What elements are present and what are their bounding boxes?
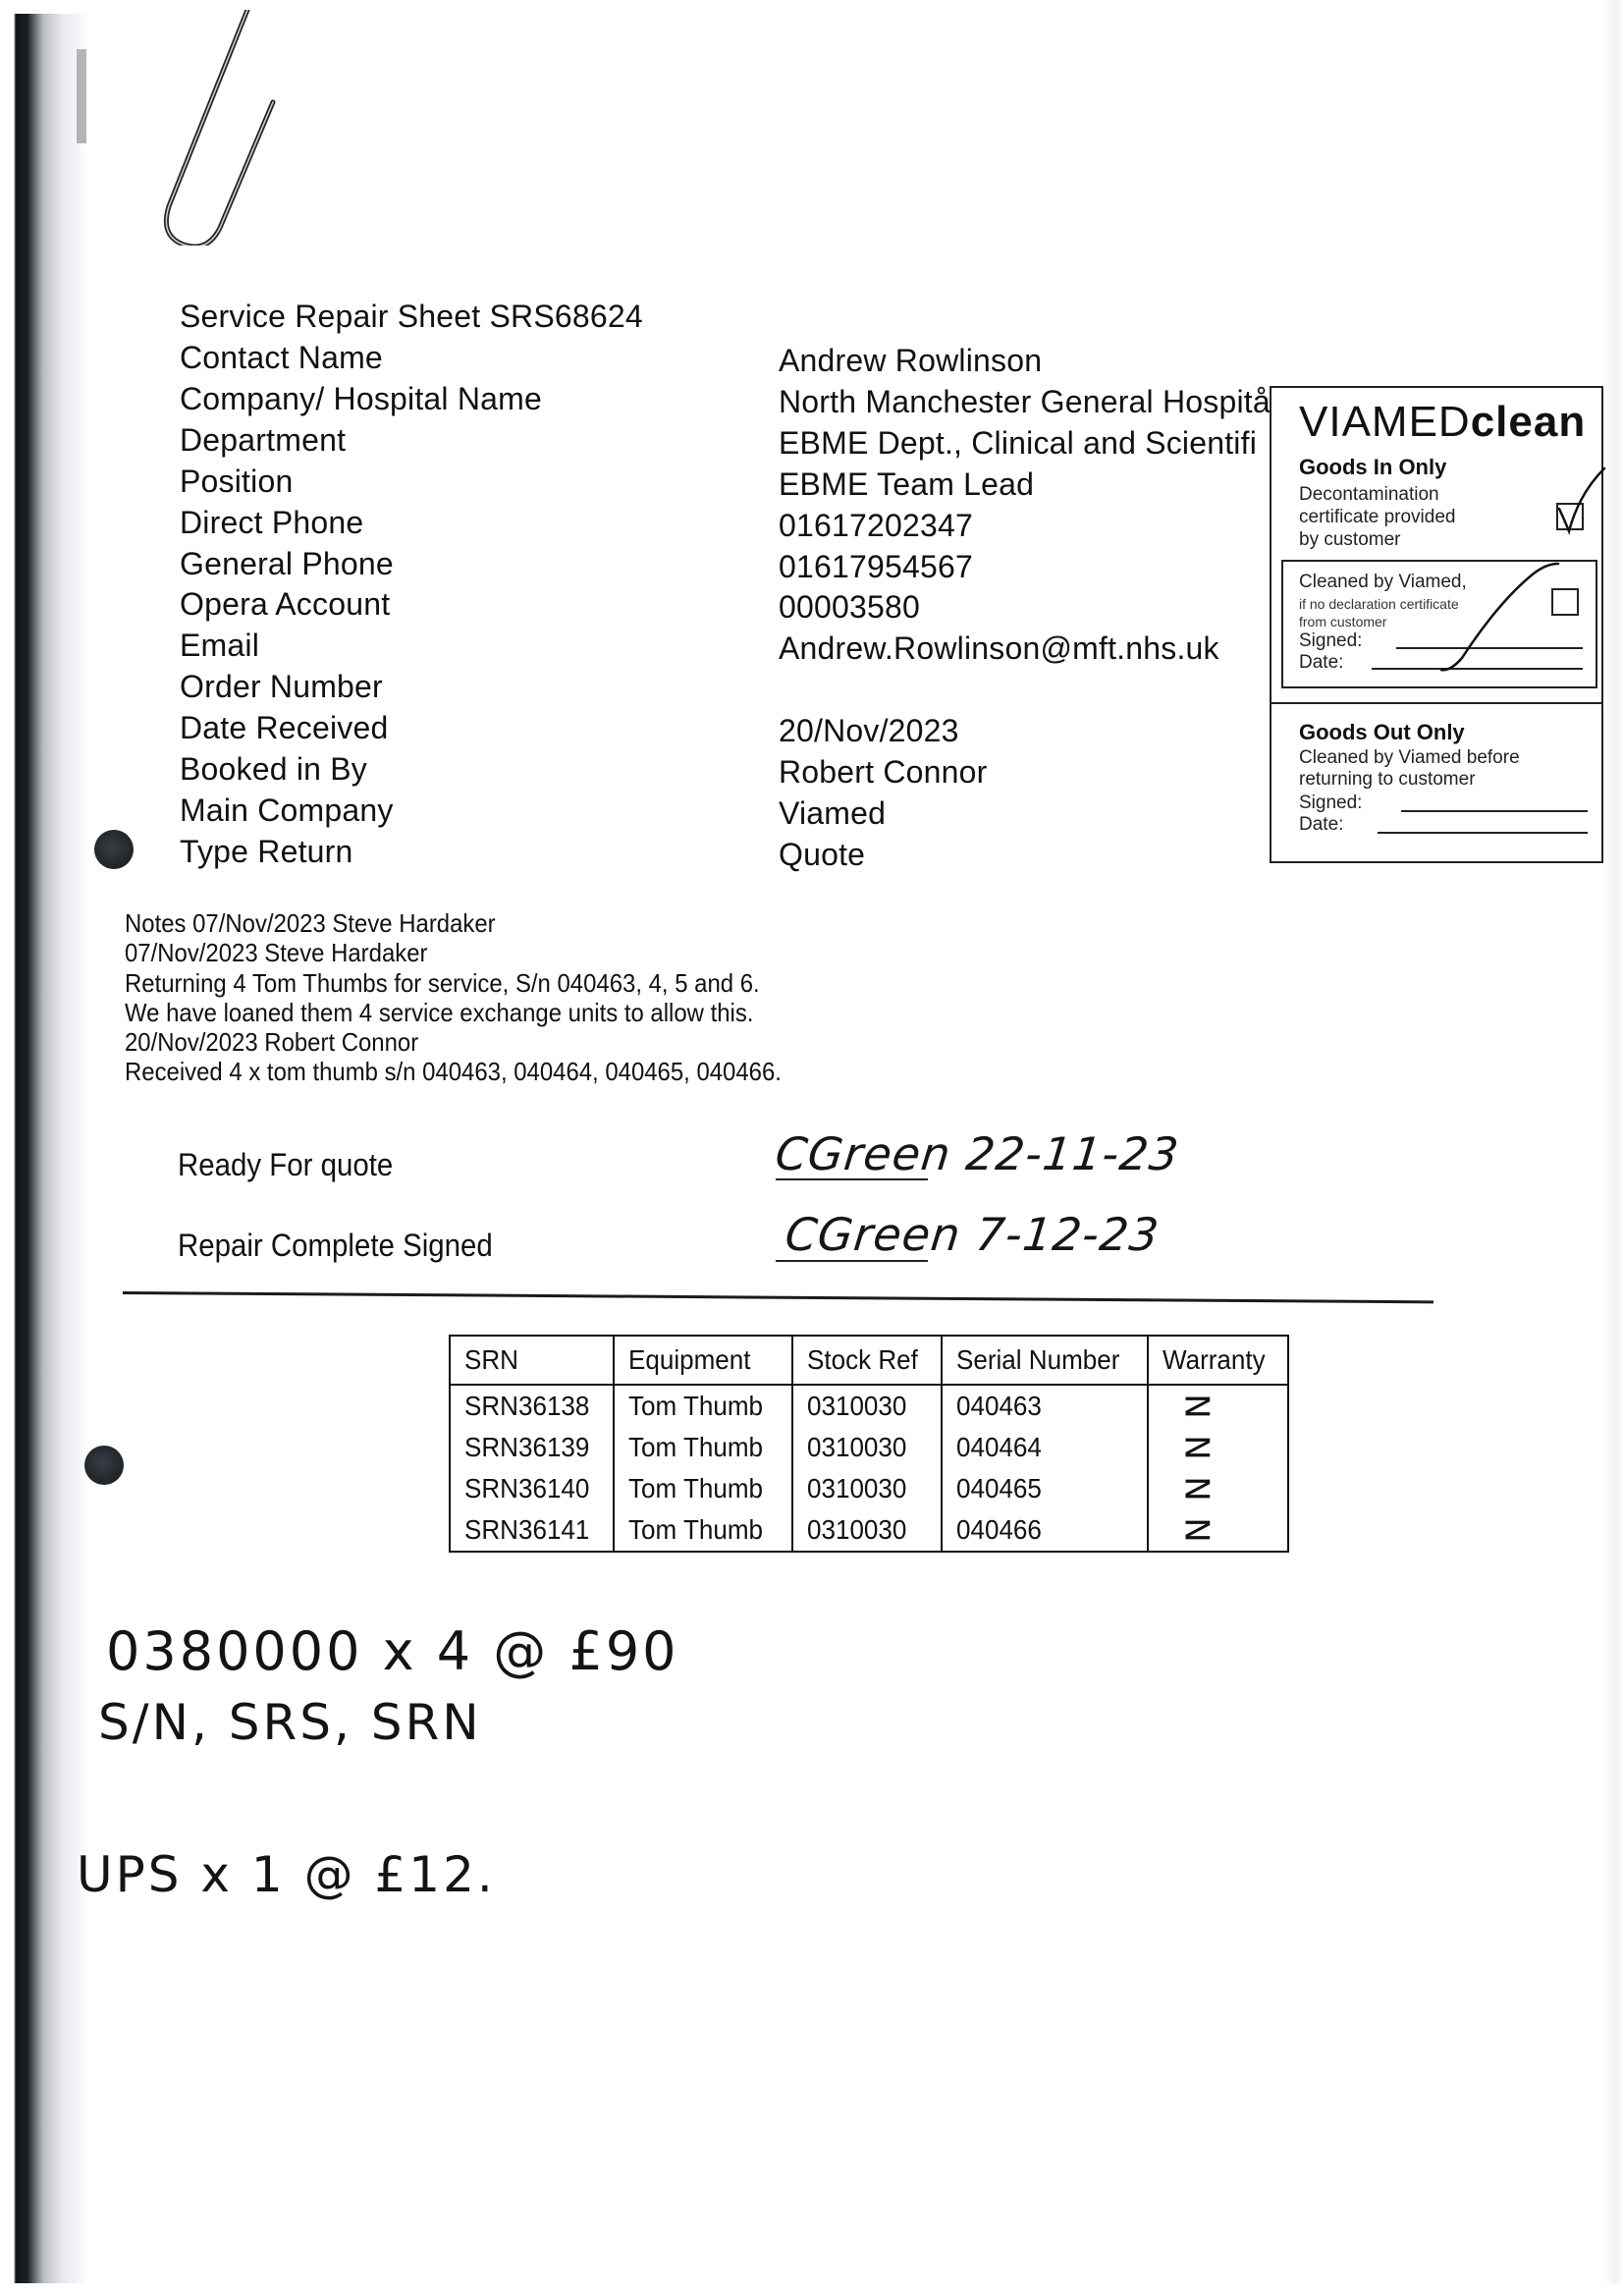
field-value: 00003580	[779, 591, 920, 623]
note-line: Received 4 x tom thumb s/n 040463, 04046…	[125, 1057, 782, 1086]
handwritten-quote-line: 0380000 x 4 @ £90	[106, 1620, 679, 1682]
cleaned-date-label: Date:	[1299, 652, 1343, 674]
goods-in-text: Decontamination	[1299, 484, 1439, 506]
goods-in-text: by customer	[1299, 529, 1400, 551]
goods-out-text: returning to customer	[1299, 769, 1476, 791]
stock-ref-cell: 0310030	[792, 1509, 942, 1552]
note-line: 07/Nov/2023 Steve Hardaker	[125, 938, 782, 967]
field-value: 01617202347	[779, 510, 973, 541]
serial-number-cell: 040465	[942, 1468, 1148, 1509]
goods-out-signed-label: Signed:	[1299, 793, 1362, 814]
cleaned-by-viamed-box: Cleaned by Viamed, if no declaration cer…	[1281, 560, 1597, 688]
field-label: Booked in By	[180, 753, 367, 785]
field-label: Email	[180, 629, 259, 661]
field-value: Andrew.Rowlinson@mft.nhs.uk	[779, 632, 1219, 664]
warranty-cell: N	[1148, 1427, 1288, 1468]
table-row: SRN36138Tom Thumb0310030040463N	[450, 1385, 1288, 1427]
field-label: Opera Account	[180, 588, 390, 620]
signature-underline	[776, 1260, 928, 1262]
signature-underline	[776, 1178, 928, 1180]
handwritten-shipping-line: UPS x 1 @ £12.	[77, 1846, 496, 1903]
note-line: 20/Nov/2023 Robert Connor	[125, 1027, 782, 1057]
signed-line	[1401, 810, 1588, 812]
field-value: 01617954567	[779, 551, 973, 582]
goods-in-text: certificate provided	[1299, 507, 1455, 528]
field-label: General Phone	[180, 548, 394, 579]
table-row: SRN36140Tom Thumb0310030040465N	[450, 1468, 1288, 1509]
goods-in-heading: Goods In Only	[1299, 455, 1446, 480]
column-header-equipment: Equipment	[614, 1336, 792, 1385]
serial-number-cell: 040464	[942, 1427, 1148, 1468]
srn-cell: SRN36140	[450, 1468, 614, 1509]
field-label: Company/ Hospital Name	[180, 383, 542, 414]
field-label: Order Number	[180, 671, 383, 702]
scan-right-edge	[1603, 0, 1623, 2296]
date-line	[1372, 668, 1583, 670]
repair-complete-label: Repair Complete Signed	[178, 1228, 493, 1264]
table-row: SRN36141Tom Thumb0310030040466N	[450, 1509, 1288, 1552]
serial-number-cell: 040463	[942, 1385, 1148, 1427]
field-value: EBME Team Lead	[779, 468, 1034, 500]
punch-hole-icon	[84, 1446, 124, 1485]
stock-ref-cell: 0310030	[792, 1427, 942, 1468]
cleaned-small-text: from customer	[1299, 614, 1386, 629]
paperclip-icon	[157, 10, 295, 246]
field-label: Contact Name	[180, 342, 383, 373]
table-header-row: SRN Equipment Stock Ref Serial Number Wa…	[450, 1336, 1288, 1385]
column-header-warranty: Warranty	[1148, 1336, 1288, 1385]
warranty-cell: N	[1148, 1385, 1288, 1427]
field-label: Type Return	[180, 836, 353, 867]
srn-cell: SRN36138	[450, 1385, 614, 1427]
cleaned-small-text: if no declaration certificate	[1299, 596, 1459, 612]
section-divider	[123, 1291, 1434, 1303]
column-header-stock-ref: Stock Ref	[792, 1336, 942, 1385]
ready-for-quote-label: Ready For quote	[178, 1147, 393, 1183]
notes-block: Notes 07/Nov/2023 Steve Hardaker 07/Nov/…	[125, 908, 782, 1087]
table-row: SRN36139Tom Thumb0310030040464N	[450, 1427, 1288, 1468]
column-header-serial-number: Serial Number	[942, 1336, 1148, 1385]
field-label: Main Company	[180, 794, 394, 826]
goods-out-date-label: Date:	[1299, 814, 1343, 836]
column-header-srn: SRN	[450, 1336, 614, 1385]
signed-line	[1396, 647, 1583, 649]
goods-out-heading: Goods Out Only	[1299, 720, 1465, 745]
field-label: Date Received	[180, 712, 389, 743]
cleaned-by-viamed-checkbox[interactable]	[1551, 588, 1579, 616]
field-value: Quote	[779, 839, 865, 870]
viamed-clean-stamp: VIAMEDclean Goods In Only Decontaminatio…	[1270, 386, 1603, 863]
field-value: Robert Connor	[779, 756, 988, 788]
field-value: Andrew Rowlinson	[779, 345, 1042, 376]
repair-complete-signature: CGreen 7-12-23	[783, 1208, 1162, 1261]
scan-binding-shadow	[0, 0, 88, 2296]
cleaned-signed-label: Signed:	[1299, 630, 1362, 652]
equipment-cell: Tom Thumb	[614, 1468, 792, 1509]
field-value: North Manchester General Hospitå	[779, 386, 1271, 417]
stamp-brand: VIAMEDclean	[1299, 398, 1586, 447]
field-value: EBME Dept., Clinical and Scientifi	[779, 427, 1257, 459]
handwritten-reference-line: S/N, SRS, SRN	[98, 1694, 482, 1751]
note-line: We have loaned them 4 service exchange u…	[125, 998, 782, 1027]
scan-bottom-edge	[0, 2283, 1623, 2296]
stock-ref-cell: 0310030	[792, 1385, 942, 1427]
punch-hole-icon	[94, 830, 134, 869]
field-label: Department	[180, 424, 346, 456]
date-line	[1378, 832, 1588, 834]
field-label: Direct Phone	[180, 507, 363, 538]
srn-cell: SRN36141	[450, 1509, 614, 1552]
equipment-cell: Tom Thumb	[614, 1427, 792, 1468]
ready-for-quote-signature: CGreen 22-11-23	[773, 1127, 1182, 1180]
goods-out-text: Cleaned by Viamed before	[1299, 747, 1520, 769]
equipment-cell: Tom Thumb	[614, 1509, 792, 1552]
cleaned-heading: Cleaned by Viamed,	[1299, 572, 1467, 593]
decontamination-certificate-checkbox[interactable]	[1556, 503, 1584, 530]
equipment-table: SRN Equipment Stock Ref Serial Number Wa…	[449, 1335, 1289, 1553]
srn-cell: SRN36139	[450, 1427, 614, 1468]
scan-smudge-mark	[77, 49, 86, 143]
warranty-cell: N	[1148, 1468, 1288, 1509]
document-title: Service Repair Sheet SRS68624	[180, 301, 643, 332]
field-value: Viamed	[779, 797, 886, 829]
stamp-divider	[1271, 702, 1601, 704]
field-value: 20/Nov/2023	[779, 715, 959, 746]
note-line: Notes 07/Nov/2023 Steve Hardaker	[125, 908, 782, 938]
field-label: Position	[180, 465, 293, 497]
warranty-cell: N	[1148, 1509, 1288, 1552]
serial-number-cell: 040466	[942, 1509, 1148, 1552]
equipment-cell: Tom Thumb	[614, 1385, 792, 1427]
note-line: Returning 4 Tom Thumbs for service, S/n …	[125, 968, 782, 998]
stock-ref-cell: 0310030	[792, 1468, 942, 1509]
